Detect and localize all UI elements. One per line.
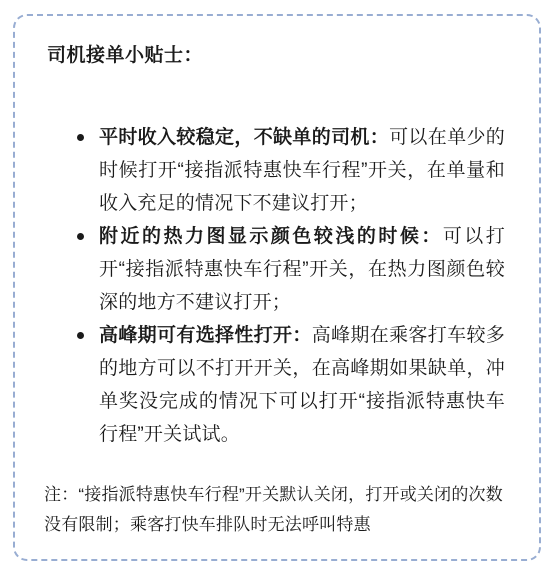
tip-lead: 平时收入较稳定，不缺单的司机： — [99, 127, 389, 148]
tip-lead: 高峰期可有选择性打开： — [99, 325, 312, 346]
tip-item-peak-hours: 高峰期可有选择性打开：高峰期在乘客打车较多的地方可以不打开开关，在高峰期如果缺单… — [99, 319, 505, 451]
page: { "colors": { "border_accent": "#98add2"… — [0, 0, 554, 576]
driver-tips-card: 司机接单小贴士： 平时收入较稳定，不缺单的司机：可以在单少的时候打开“接指派特惠… — [13, 14, 541, 561]
tips-list: 平时收入较稳定，不缺单的司机：可以在单少的时候打开“接指派特惠快车行程”开关，在… — [47, 121, 505, 451]
card-title: 司机接单小贴士： — [47, 43, 539, 69]
tip-item-stable-income: 平时收入较稳定，不缺单的司机：可以在单少的时候打开“接指派特惠快车行程”开关，在… — [99, 121, 505, 220]
footnote: 注：“接指派特惠快车行程”开关默认关闭，打开或关闭的次数没有限制；乘客打快车排队… — [44, 480, 518, 540]
tip-item-heatmap: 附近的热力图显示颜色较浅的时候：可以打开“接指派特惠快车行程”开关，在热力图颜色… — [99, 220, 505, 319]
tip-lead: 附近的热力图显示颜色较浅的时候： — [99, 226, 443, 247]
